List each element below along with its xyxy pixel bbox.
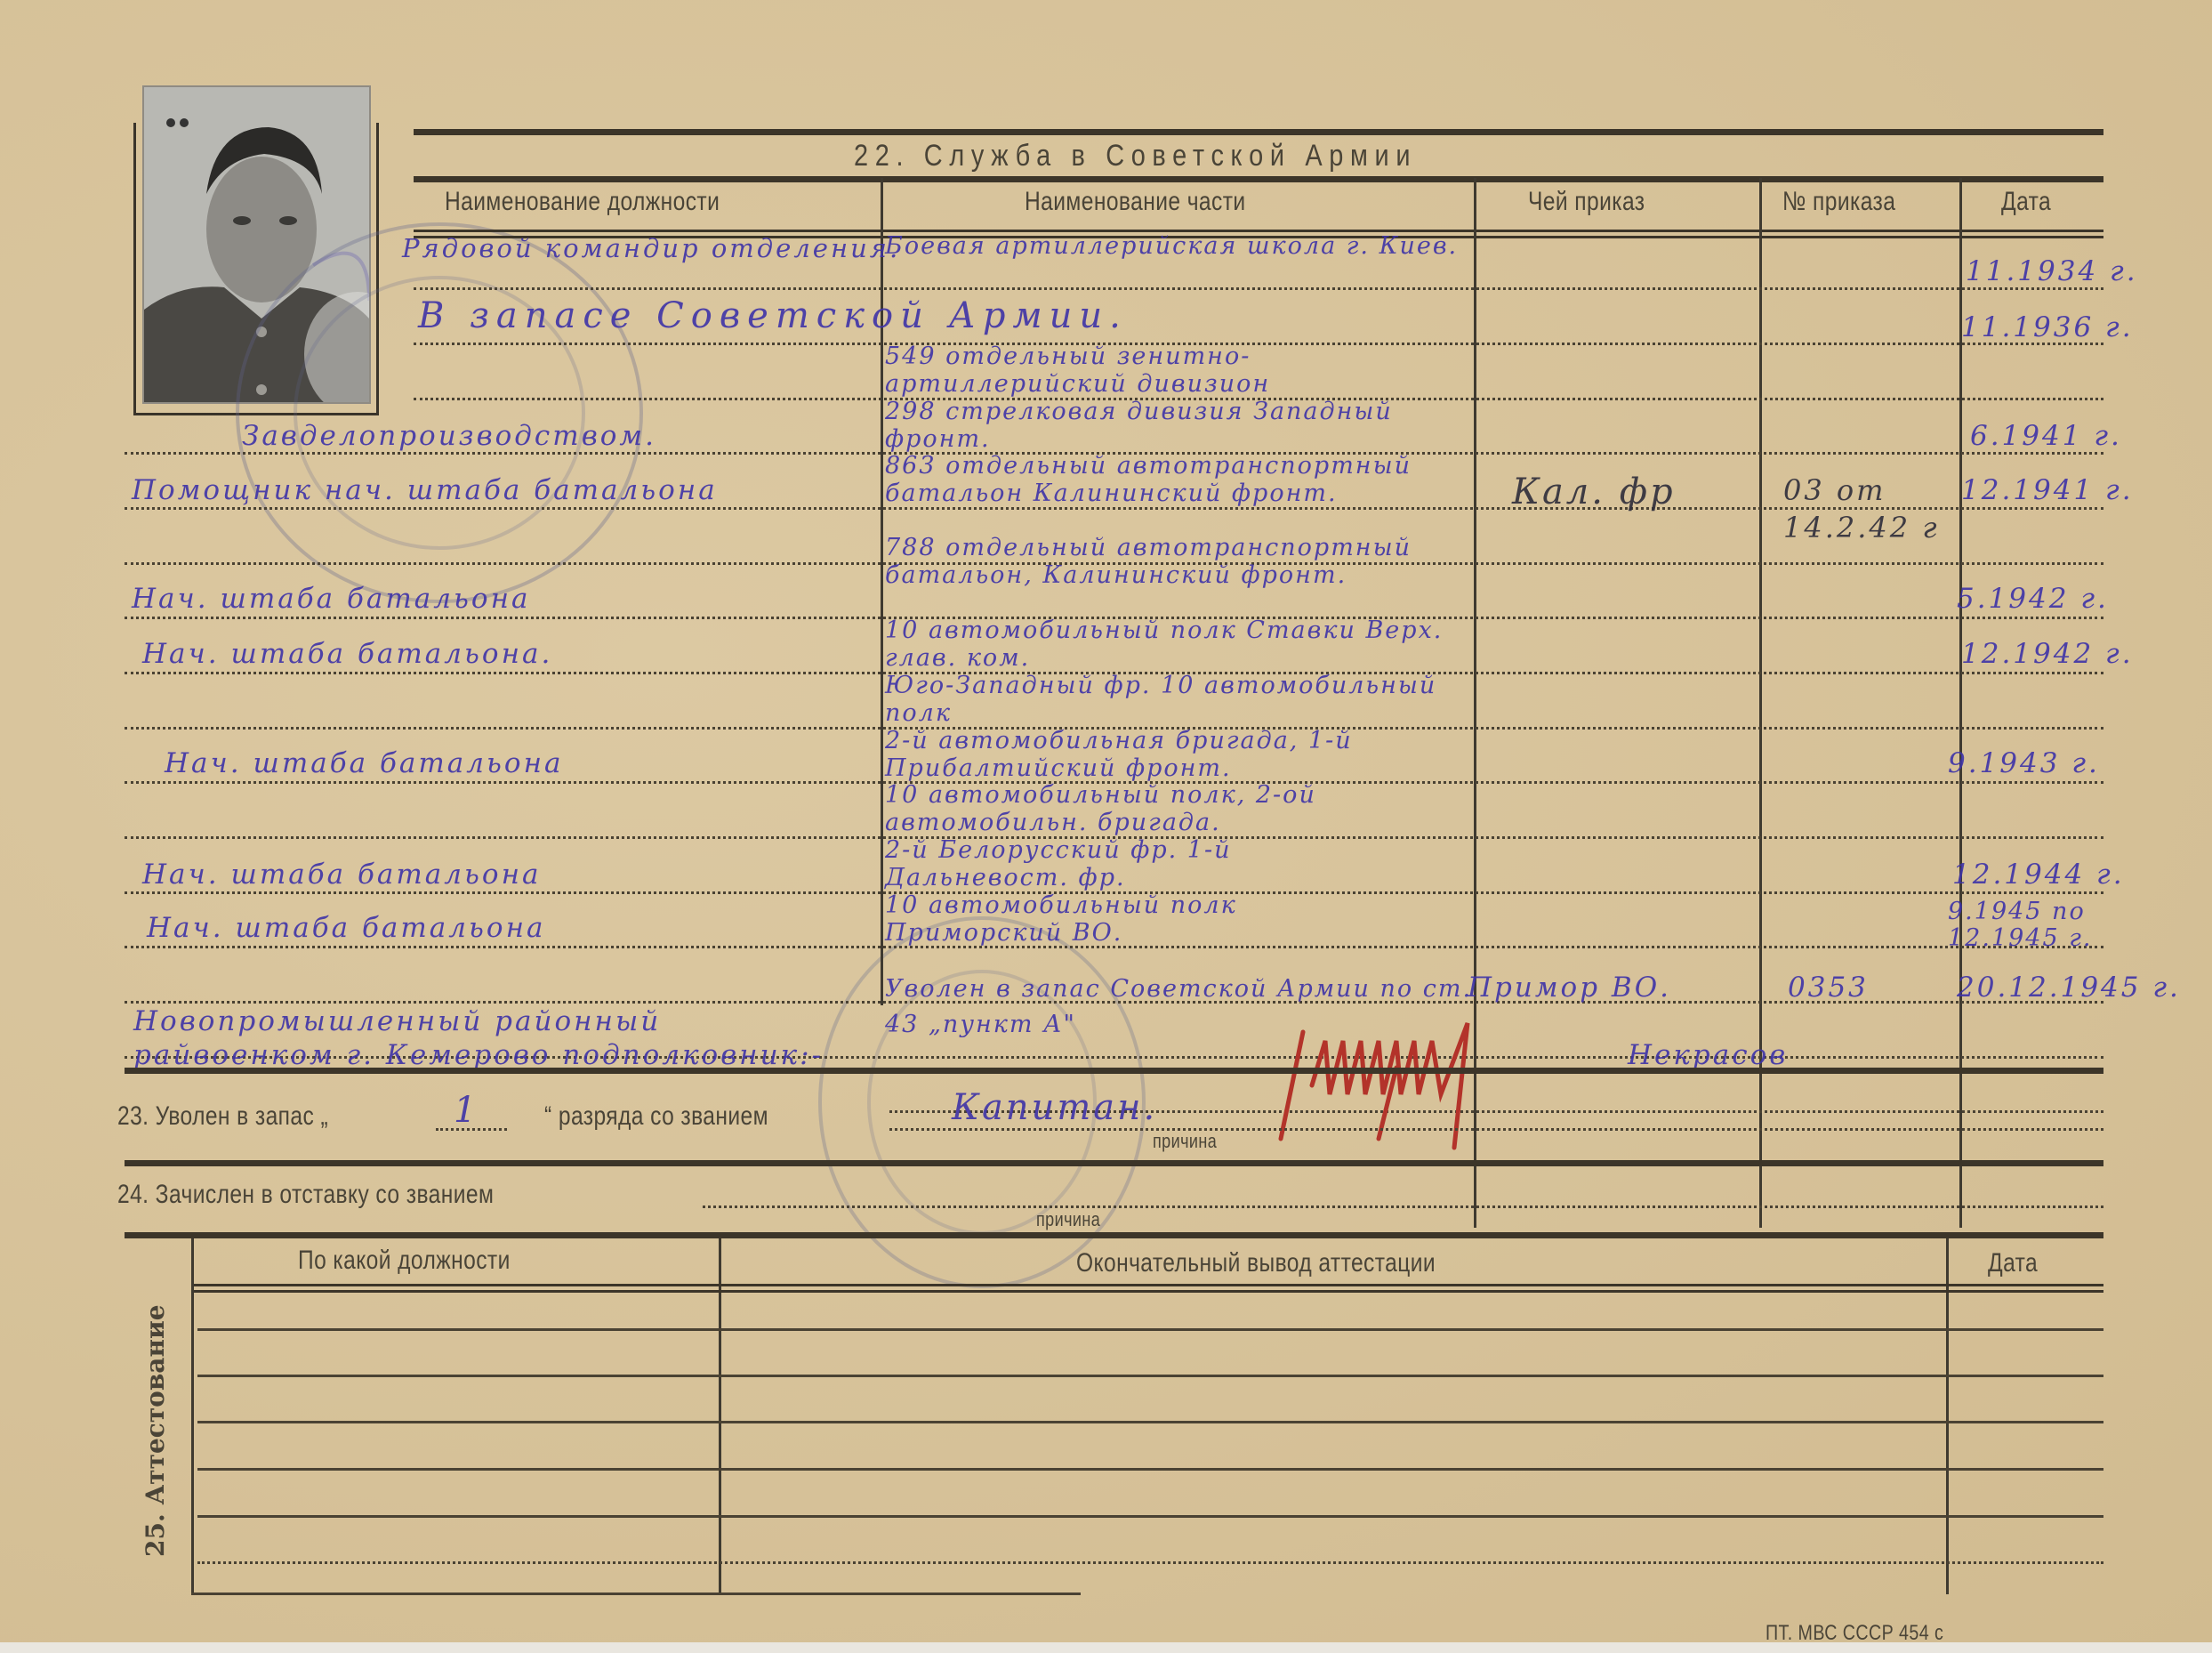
entry-position: Нач. штаба батальона: [165, 747, 563, 779]
entry-date: 12.1944 г.: [1952, 859, 2125, 891]
att-col-conclusion: Окончательный вывод аттестации: [1076, 1248, 1436, 1278]
section24-reason-label: причина: [1036, 1208, 1100, 1231]
rank-blank: [889, 1128, 2103, 1131]
entry-order-by: Кал. фр: [1512, 472, 1676, 512]
print-footer: ПТ. МВС СССР 454 с: [1766, 1621, 1943, 1646]
att-row-rule: [197, 1561, 2103, 1564]
att-header-rule: [194, 1284, 2103, 1293]
entry-unit: 10 автомобильный полк Приморский ВО.: [885, 891, 1419, 947]
category-blank: [436, 1128, 507, 1131]
entry-position: Рядовой командир отделения.: [402, 233, 900, 263]
entry-order-no: 03 от 14.2.42 г: [1783, 472, 1961, 546]
entry-order-by: Примор ВО.: [1468, 972, 1671, 1004]
entry-position: Нач. штаба батальона: [147, 912, 545, 944]
col-header-date: Дата: [2001, 187, 2051, 217]
col-header-unit: Наименование части: [1025, 187, 1246, 217]
section23-rank: Капитан.: [952, 1087, 1157, 1128]
att-col-date: Дата: [1988, 1248, 2038, 1278]
entry-order-no: 0353: [1788, 972, 1869, 1004]
entry-unit: 298 стрелковая дивизия Западный фронт.: [885, 398, 1454, 453]
entry-unit: Юго-Западный фр. 10 автомобильный полк: [885, 672, 1454, 727]
commissariat-line-2: райвоенком г. Кемерово подполковник:-: [133, 1039, 824, 1071]
section25-side-label: 25. Аттестование: [141, 1304, 170, 1557]
entry-date: 11.1936 г.: [1961, 311, 2134, 343]
section24-label: 24. Зачислен в отставку со званием: [117, 1180, 494, 1210]
section23-top-rule: [125, 1068, 2103, 1074]
entry-unit: 863 отдельный автотранспортный батальон …: [885, 452, 1476, 507]
att-row-rule: [197, 1328, 2103, 1331]
row-rule: [414, 287, 2103, 290]
section22-title: 22. Служба в Советской Армии: [854, 139, 1417, 173]
entry-unit: 2-й автомобильная бригада, 1-й Прибалтий…: [885, 727, 1472, 782]
entry-unit: 2-й Белорусский фр. 1-й Дальневост. фр.: [885, 836, 1419, 891]
entry-position: Помощник нач. штаба батальона: [132, 474, 718, 506]
signature-name: Некрасов: [1628, 1039, 1788, 1071]
att-row-rule: [197, 1421, 2103, 1423]
entry-date: 12.1942 г.: [1961, 638, 2134, 670]
section24-blank: [703, 1205, 2103, 1208]
col-header-order-by: Чей приказ: [1528, 187, 1645, 217]
att-col-position: По какой должности: [298, 1246, 511, 1276]
entry-unit: 549 отдельный зенитно-артиллерийский див…: [885, 343, 1472, 398]
entry-date: 9.1945 по 12.1945 г.: [1948, 899, 2126, 952]
att-row-rule: [197, 1468, 2103, 1471]
entry-unit: Боевая артиллерийская школа г. Киев.: [885, 233, 1472, 260]
entry-date: 12.1941 г.: [1961, 474, 2134, 506]
entry-position: В запасе Советской Армии.: [418, 295, 1128, 336]
entry-position: Нач. штаба батальона.: [142, 638, 552, 670]
section23-category: 1: [454, 1090, 479, 1131]
col-header-position: Наименование должности: [445, 187, 720, 217]
att-bottom-rule: [191, 1593, 1081, 1595]
entry-position: Нач. штаба батальона: [132, 583, 530, 615]
section23-label: 23. Уволен в запас „: [117, 1101, 328, 1132]
entry-date: 11.1934 г.: [1966, 255, 2138, 287]
commissariat-line-1: Новопромышленный районный: [133, 1005, 661, 1037]
red-signature: [1263, 1014, 1512, 1165]
entry-date: 20.12.1945 г.: [1957, 972, 2181, 1004]
col-header-order-no: № приказа: [1782, 187, 1895, 217]
entry-position: Завделопроизводством.: [242, 420, 656, 452]
entry-unit: 788 отдельный автотранспортный батальон,…: [885, 534, 1476, 589]
att-row-rule: [197, 1375, 2103, 1377]
top-rule: [414, 129, 2103, 135]
entry-position: Нач. штаба батальона: [142, 859, 541, 891]
entry-date: 5.1942 г.: [1957, 583, 2109, 615]
entry-unit: 10 автомобильный полк Ставки Верх. глав.…: [885, 617, 1454, 672]
section24-bottom-rule: [125, 1232, 2103, 1238]
entry-date: 6.1941 г.: [1970, 420, 2122, 452]
entry-unit: 10 автомобильный полк, 2-ой автомобильн.…: [885, 781, 1481, 836]
section23-bottom-rule: [125, 1160, 2103, 1166]
entry-date: 9.1943 г.: [1948, 747, 2100, 779]
title-rule: [414, 176, 2103, 182]
section23-reason-label: причина: [1153, 1130, 1217, 1153]
section23-label-after: “ разряда со званием: [544, 1101, 768, 1132]
att-row-rule: [197, 1515, 2103, 1518]
